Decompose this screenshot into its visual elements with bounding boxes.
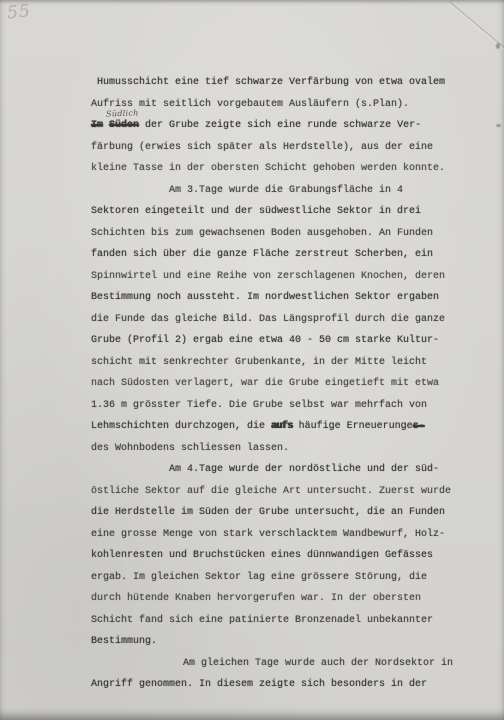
text-segment: Am 3.Tage wurde die Grabungsfläche in 4 <box>169 185 403 196</box>
typewritten-line: die Funde das gleiche Bild. Das Längspro… <box>0 314 504 336</box>
text-segment: Spinnwirtel und eine Reihe von zerschlag… <box>91 271 445 282</box>
overtyped-text: aufs <box>271 421 293 432</box>
typewritten-line: fanden sich über die ganze Fläche zerstr… <box>0 249 504 271</box>
typewritten-line: Humusschicht eine tief schwarze Verfärbu… <box>0 77 504 99</box>
text-segment: Humusschicht eine tief schwarze Verfärbu… <box>97 77 445 88</box>
struck-text: s- <box>413 421 425 432</box>
typewritten-line: färbung (erwies sich später als Herdstel… <box>0 142 504 164</box>
typewritten-line: 1.36 m grösster Tiefe. Die Grube selbst … <box>0 400 504 422</box>
typewritten-line: Grube (Profil 2) ergab eine etwa 40 - 50… <box>0 335 504 357</box>
typewritten-text: Humusschicht eine tief schwarze Verfärbu… <box>0 77 504 701</box>
typewritten-line: Am 4.Tage wurde der nordöstliche und der… <box>0 464 504 486</box>
typewritten-line: Am gleichen Tage wurde auch der Nordsekt… <box>0 658 504 680</box>
typewritten-line: die Herdstelle im Süden der Grube unters… <box>0 507 504 529</box>
typewritten-line: schicht mit senkrechter Grubenkante, in … <box>0 357 504 379</box>
typewritten-line: kohlenresten und Bruchstücken eines dünn… <box>0 550 504 572</box>
text-segment: Bestimmung noch aussteht. Im nordwestlic… <box>91 292 439 303</box>
text-segment: die Funde das gleiche Bild. Das Längspro… <box>91 314 445 325</box>
text-segment: kohlenresten und Bruchstücken eines dünn… <box>91 550 433 561</box>
typewritten-line: Im Süden der Grube zeigte sich eine rund… <box>0 120 504 142</box>
text-segment: der Grube zeigte sich eine runde schwarz… <box>139 120 421 131</box>
typewritten-line: Am 3.Tage wurde die Grabungsfläche in 4 <box>0 185 504 207</box>
text-segment: des Wohnbodens schliessen lassen. <box>91 443 289 454</box>
typewritten-line: kleine Tasse in der obersten Schicht geh… <box>0 163 504 185</box>
typewritten-line: Sektoren eingeteilt und der südwestliche… <box>0 206 504 228</box>
text-segment: die Herdstelle im Süden der Grube unters… <box>91 507 445 518</box>
typewritten-line: Aufriss mit seitlich vorgebautem Ausläuf… <box>0 99 504 121</box>
text-segment: Schichten bis zum gewachsenen Boden ausg… <box>91 228 433 239</box>
typewritten-line: durch hütende Knaben hervorgerufen war. … <box>0 593 504 615</box>
typewritten-line: Lehmschichten durchzogen, die aufs häufi… <box>0 421 504 443</box>
text-segment: Angriff genommen. In diesem zeigte sich … <box>91 679 427 690</box>
text-segment: kleine Tasse in der obersten Schicht geh… <box>91 163 445 174</box>
text-segment: 1.36 m grösster Tiefe. Die Grube selbst … <box>91 400 427 411</box>
text-segment: nach Südosten verlagert, war die Grube e… <box>91 378 439 389</box>
typewritten-line: eine grosse Menge von stark verschlackte… <box>0 529 504 551</box>
text-segment: Lehmschichten durchzogen, die <box>91 421 271 432</box>
text-segment: färbung (erwies sich später als Herdstel… <box>91 142 433 153</box>
text-segment: häufige Erneuerunge <box>293 421 413 432</box>
typewritten-line: Bestimmung. <box>0 636 504 658</box>
text-segment: Schicht fand sich eine patinierte Bronze… <box>91 615 433 626</box>
text-segment: fanden sich über die ganze Fläche zerstr… <box>91 249 433 260</box>
typewritten-line: nach Südosten verlagert, war die Grube e… <box>0 378 504 400</box>
typewritten-line: Bestimmung noch aussteht. Im nordwestlic… <box>0 292 504 314</box>
struck-text: Süden <box>109 120 139 131</box>
typewritten-line: Schichten bis zum gewachsenen Boden ausg… <box>0 228 504 250</box>
struck-text: Im <box>91 120 103 131</box>
text-segment: schicht mit senkrechter Grubenkante, in … <box>91 357 427 368</box>
document-page: 55 Südlich Humusschicht eine tief schwar… <box>0 0 504 720</box>
typewritten-line: Schicht fand sich eine patinierte Bronze… <box>0 615 504 637</box>
typewritten-line: des Wohnbodens schliessen lassen. <box>0 443 504 465</box>
text-segment: Bestimmung. <box>91 636 157 647</box>
text-segment: ergab. Im gleichen Sektor lag eine gröss… <box>91 572 427 583</box>
page-number: 55 <box>6 1 32 23</box>
text-segment: durch hütende Knaben hervorgerufen war. … <box>91 593 421 604</box>
text-segment: Aufriss mit seitlich vorgebautem Ausläuf… <box>91 99 409 110</box>
typewritten-line: Spinnwirtel und eine Reihe von zerschlag… <box>0 271 504 293</box>
typewritten-line: ergab. Im gleichen Sektor lag eine gröss… <box>0 572 504 594</box>
pencil-mark <box>496 43 500 49</box>
text-segment: Grube (Profil 2) ergab eine etwa 40 - 50… <box>91 335 439 346</box>
typewritten-line: östliche Sektor auf die gleiche Art unte… <box>0 486 504 508</box>
text-segment: Am 4.Tage wurde der nordöstliche und der… <box>169 464 439 475</box>
typewritten-line: Angriff genommen. In diesem zeigte sich … <box>0 679 504 701</box>
text-segment: eine grosse Menge von stark verschlackte… <box>91 529 445 540</box>
text-segment: Sektoren eingeteilt und der südwestliche… <box>91 206 421 217</box>
text-segment: Am gleichen Tage wurde auch der Nordsekt… <box>183 658 453 669</box>
text-segment: östliche Sektor auf die gleiche Art unte… <box>91 486 451 497</box>
